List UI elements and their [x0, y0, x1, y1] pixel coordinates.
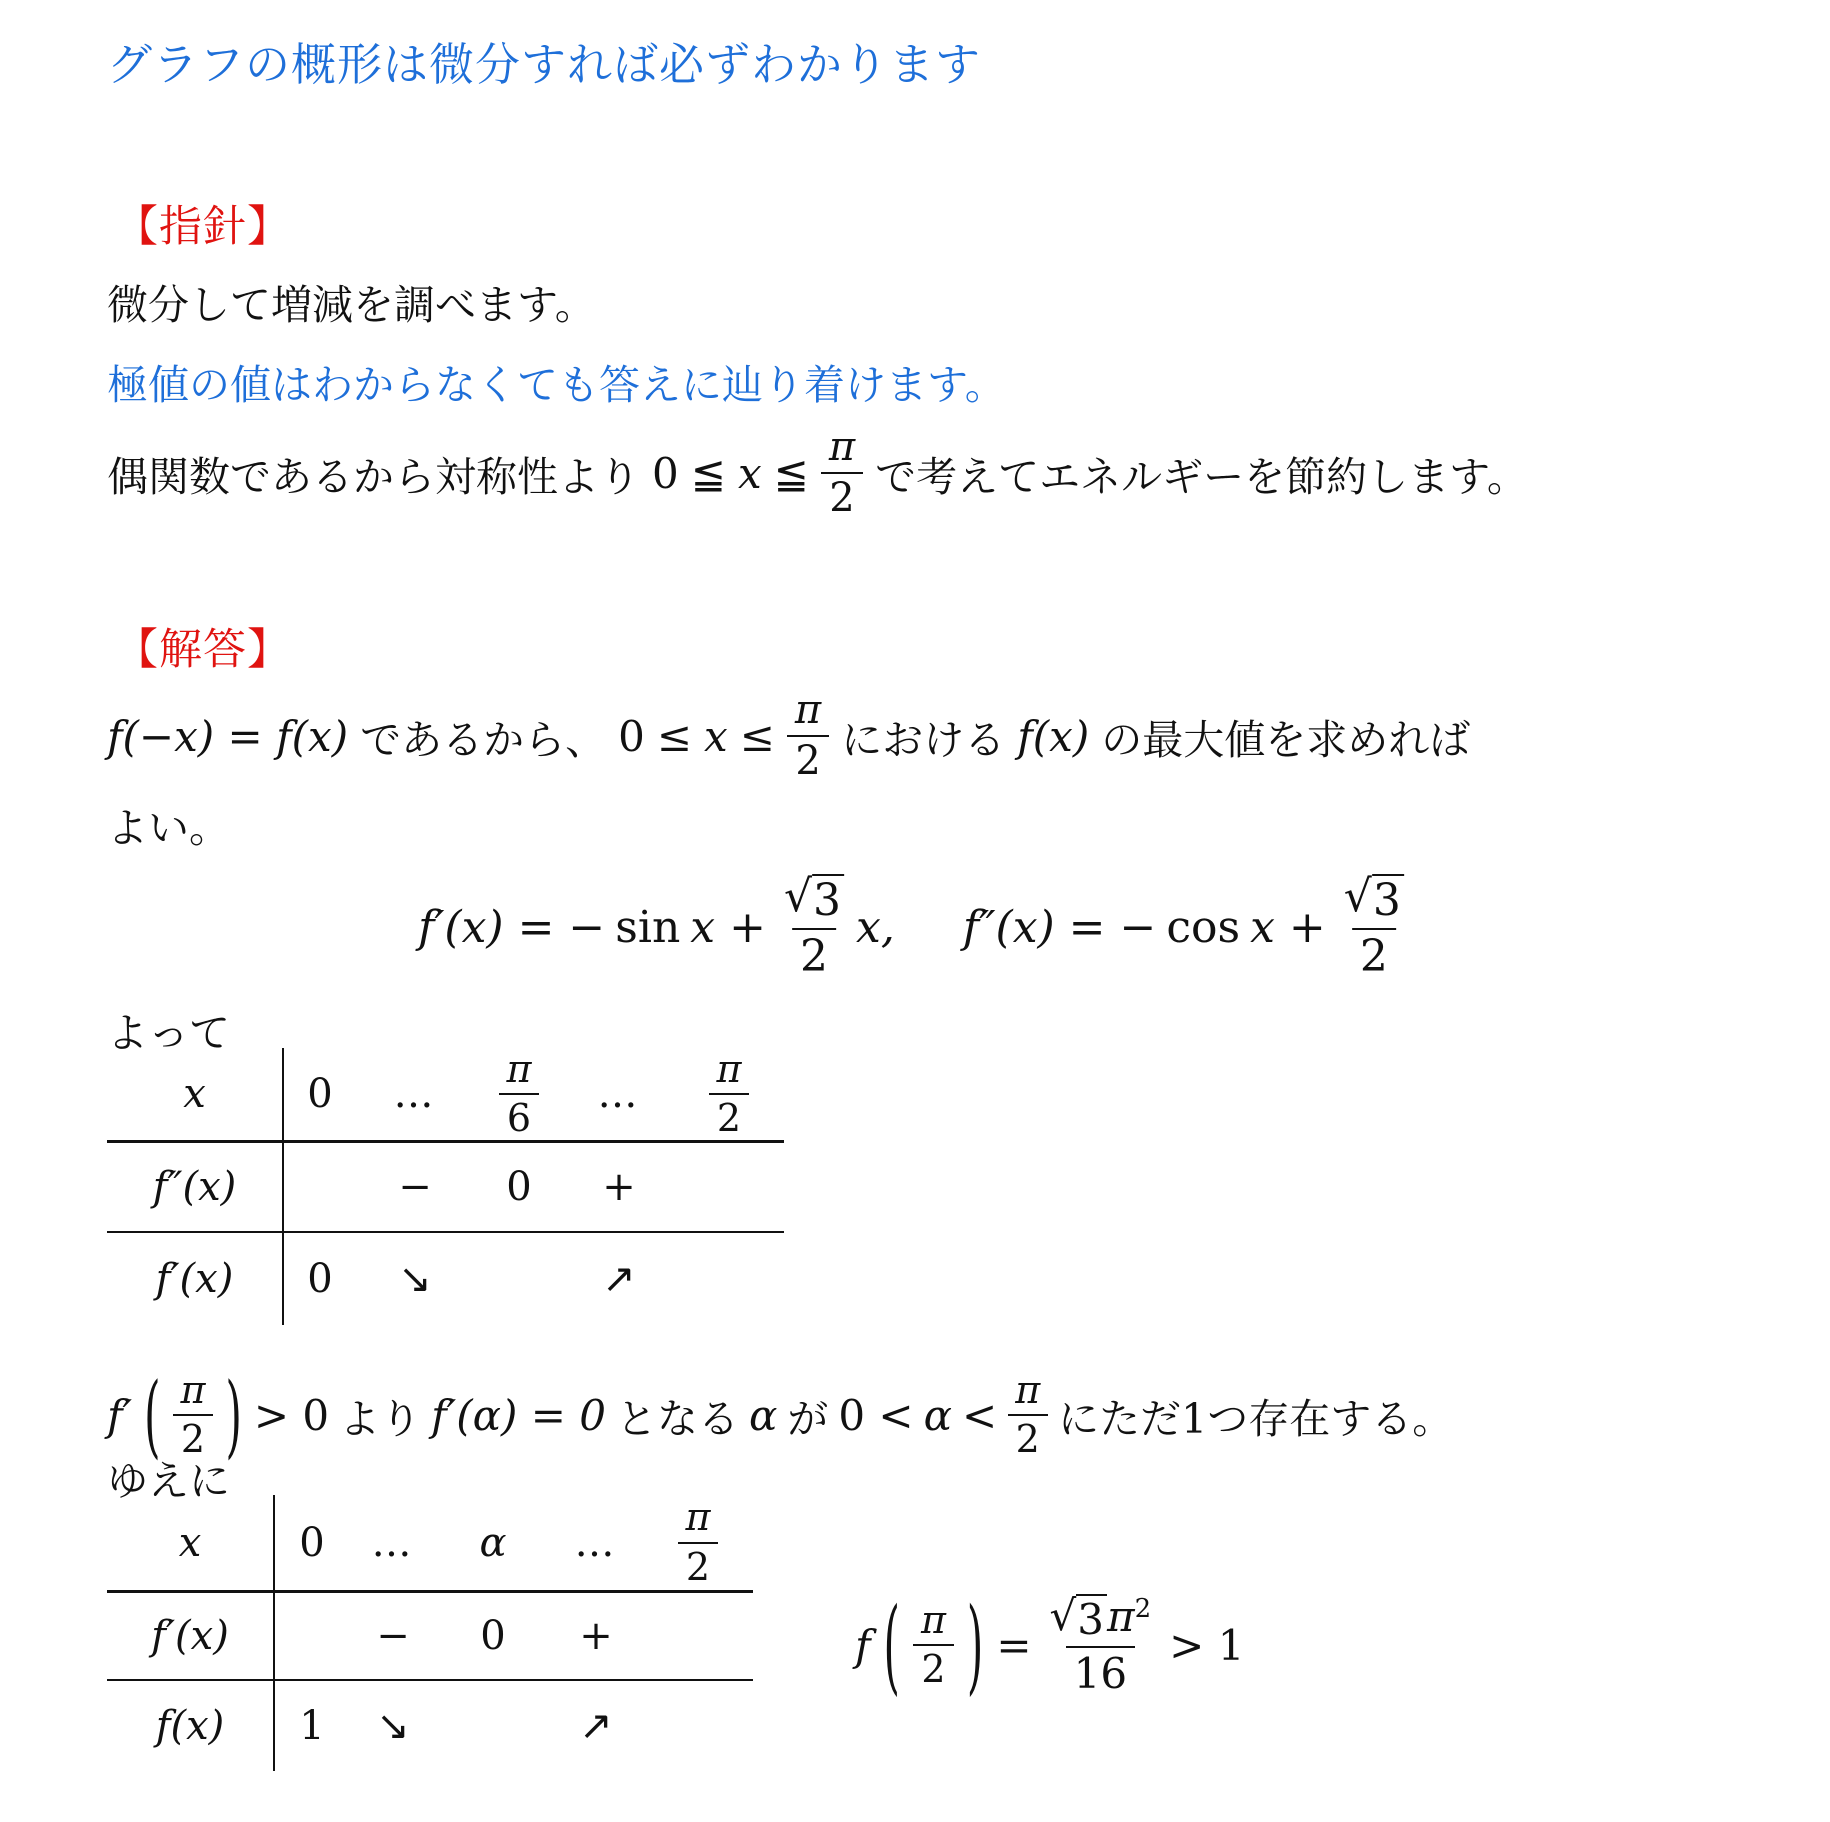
document: グラフの概形は微分すれば必ずわかります 【指針】 微分して増減を調べます。 極値… — [0, 0, 1830, 1822]
math-even-function: f(−x) = f(x) — [107, 712, 348, 761]
table-cell: x — [107, 1048, 284, 1140]
table-cell: … — [349, 1495, 437, 1590]
answer-line-2: よい。 — [107, 795, 230, 854]
table-cell: f′(x) — [107, 1593, 275, 1679]
answer-line-1-jp2: における — [841, 707, 1005, 766]
guideline-line-1: 微分して増減を調べます。 — [107, 272, 596, 331]
guideline-line-3-post: で考えてエネルギーを節約します。 — [875, 444, 1528, 503]
table-cell: π 6 — [474, 1048, 564, 1140]
fprime-alpha-equation: f′(α) = 0 — [431, 1391, 606, 1440]
derivative-display-equation: f′(x) = − sin x + √3 2 x, f″(x) = − cos … — [418, 852, 1412, 1002]
greater-than-one: > 1 — [1169, 1621, 1244, 1670]
math-zero: 0 — [618, 712, 645, 761]
right-paren: ) — [964, 1585, 986, 1705]
fprime-symbol: f′ — [107, 1391, 132, 1440]
answer-section-label: 【解答】 — [115, 616, 291, 677]
answer-line-1-jp1: であるから、 — [360, 707, 606, 766]
cos-function: cos — [1166, 902, 1240, 953]
table-cell: α — [437, 1495, 549, 1590]
table-cell: f″(x) — [107, 1143, 284, 1231]
fprime-tail: x, — [856, 902, 895, 953]
fprime-mid: x + — [690, 902, 766, 953]
increasing-arrow-icon: ↗ — [564, 1233, 674, 1325]
table-cell: 0 — [275, 1495, 349, 1590]
table-cell: 0 — [437, 1593, 549, 1679]
math-f-of-x: f(x) — [1017, 712, 1089, 761]
pi-over-2-fraction: π 2 — [172, 1370, 213, 1460]
alpha-line-jp2: となる — [616, 1386, 739, 1445]
alpha-line-jp3: が — [787, 1386, 828, 1445]
table-cell — [674, 1233, 784, 1325]
leq-slanted-symbol: ≦ — [691, 449, 726, 498]
alpha-symbol: α — [924, 1391, 952, 1440]
math-var-x: x — [738, 449, 762, 498]
guideline-line-3: 偶関数であるから対称性より 0 ≦ x ≦ π 2 で考えてエネルギーを節約しま… — [107, 425, 1528, 521]
guideline-section-label: 【指針】 — [115, 193, 291, 254]
table-cell: 1 — [275, 1681, 349, 1771]
table-cell: − — [349, 1593, 437, 1679]
answer-line-1-jp3: の最大値を求めれば — [1101, 707, 1470, 766]
pi-over-2-fraction: π 2 — [678, 1497, 719, 1587]
equals-symbol: = — [996, 1621, 1031, 1670]
squared-exponent: 2 — [1135, 1594, 1152, 1624]
table-cell — [437, 1681, 549, 1771]
radical-sign: √ — [1344, 873, 1372, 921]
table-cell: 0 — [284, 1048, 356, 1140]
table-cell: 0 — [474, 1143, 564, 1231]
pi-over-2-fraction: π 2 — [821, 426, 863, 520]
table-cell: + — [564, 1143, 674, 1231]
table-cell — [474, 1233, 564, 1325]
alpha-existence-line: f′ ( π 2 ) > 0 より f′(α) = 0 となる α が 0 < … — [107, 1350, 1453, 1480]
page-title: グラフの概形は微分すれば必ずわかります — [107, 28, 981, 93]
alpha-line-jp1: より — [339, 1386, 421, 1445]
table-cell: − — [356, 1143, 474, 1231]
fdoubleprime-lhs: f″(x) = − — [963, 902, 1157, 953]
leq-slanted-symbol: ≦ — [774, 449, 809, 498]
radical-sign: √ — [1050, 1593, 1077, 1638]
pi-over-2-fraction: π 2 — [709, 1049, 750, 1139]
f-symbol: f — [855, 1621, 871, 1670]
decreasing-arrow-icon: ↘ — [349, 1681, 437, 1771]
sin-function: sin — [615, 902, 680, 953]
pi-symbol: π — [1107, 1592, 1135, 1641]
table-cell — [275, 1593, 349, 1679]
leq-symbol: ≤ — [740, 712, 775, 761]
sqrt3-over-2-fraction: √3 2 — [776, 874, 852, 980]
guideline-line-2: 極値の値はわからなくても答えに辿り着けます。 — [107, 352, 1006, 411]
sign-table-second-derivative: x 0 … π 6 … π 2 f″(x) − 0 + f′(x) 0 ↘ ↗ — [107, 1048, 784, 1325]
guideline-line-3-pre: 偶関数であるから対称性より — [107, 444, 640, 503]
left-paren: ( — [881, 1585, 903, 1705]
greater-than-zero: > 0 — [254, 1391, 329, 1440]
pi-over-2-fraction: π 2 — [1007, 1370, 1048, 1460]
answer-line-1: f(−x) = f(x) であるから、 0 ≤ x ≤ π 2 における f(x… — [107, 688, 1470, 784]
decreasing-arrow-icon: ↘ — [356, 1233, 474, 1325]
table-cell: f(x) — [107, 1681, 275, 1771]
increasing-arrow-icon: ↗ — [549, 1681, 643, 1771]
less-than-symbol: < — [962, 1391, 997, 1440]
pi-over-2-fraction: π 2 — [787, 689, 829, 783]
table-cell: + — [549, 1593, 643, 1679]
zero-less-than: 0 < — [838, 1391, 913, 1440]
alpha-symbol: α — [749, 1391, 777, 1440]
table-cell: π 2 — [643, 1495, 753, 1590]
table-cell: 0 — [284, 1233, 356, 1325]
pi-over-2-fraction: π 2 — [913, 1600, 954, 1690]
math-var-x: x — [704, 712, 728, 761]
fdoubleprime-mid: x + — [1250, 902, 1326, 953]
sign-table-first-derivative: x 0 … α … π 2 f′(x) − 0 + f(x) 1 ↘ ↗ — [107, 1495, 753, 1771]
table-cell: … — [564, 1048, 674, 1140]
sqrt3-over-2-fraction: √3 2 — [1336, 874, 1412, 980]
table-cell: π 2 — [674, 1048, 784, 1140]
table-cell — [643, 1593, 753, 1679]
radical-sign: √ — [784, 873, 812, 921]
table-cell: f′(x) — [107, 1233, 284, 1325]
table-cell — [674, 1143, 784, 1231]
math-zero: 0 — [652, 449, 679, 498]
sqrt3-pi-squared-over-16-fraction: √3π2 16 — [1042, 1594, 1160, 1696]
table-cell: … — [356, 1048, 474, 1140]
alpha-line-jp4: にただ1つ存在する。 — [1058, 1386, 1453, 1445]
final-value-equation: f ( π 2 ) = √3π2 16 > 1 — [855, 1560, 1244, 1730]
table-cell: … — [549, 1495, 643, 1590]
table-cell: x — [107, 1495, 275, 1590]
leq-symbol: ≤ — [657, 712, 692, 761]
fprime-lhs: f′(x) = − — [418, 902, 605, 953]
table-cell — [643, 1681, 753, 1771]
table-cell — [284, 1143, 356, 1231]
pi-over-6-fraction: π 6 — [499, 1049, 540, 1139]
